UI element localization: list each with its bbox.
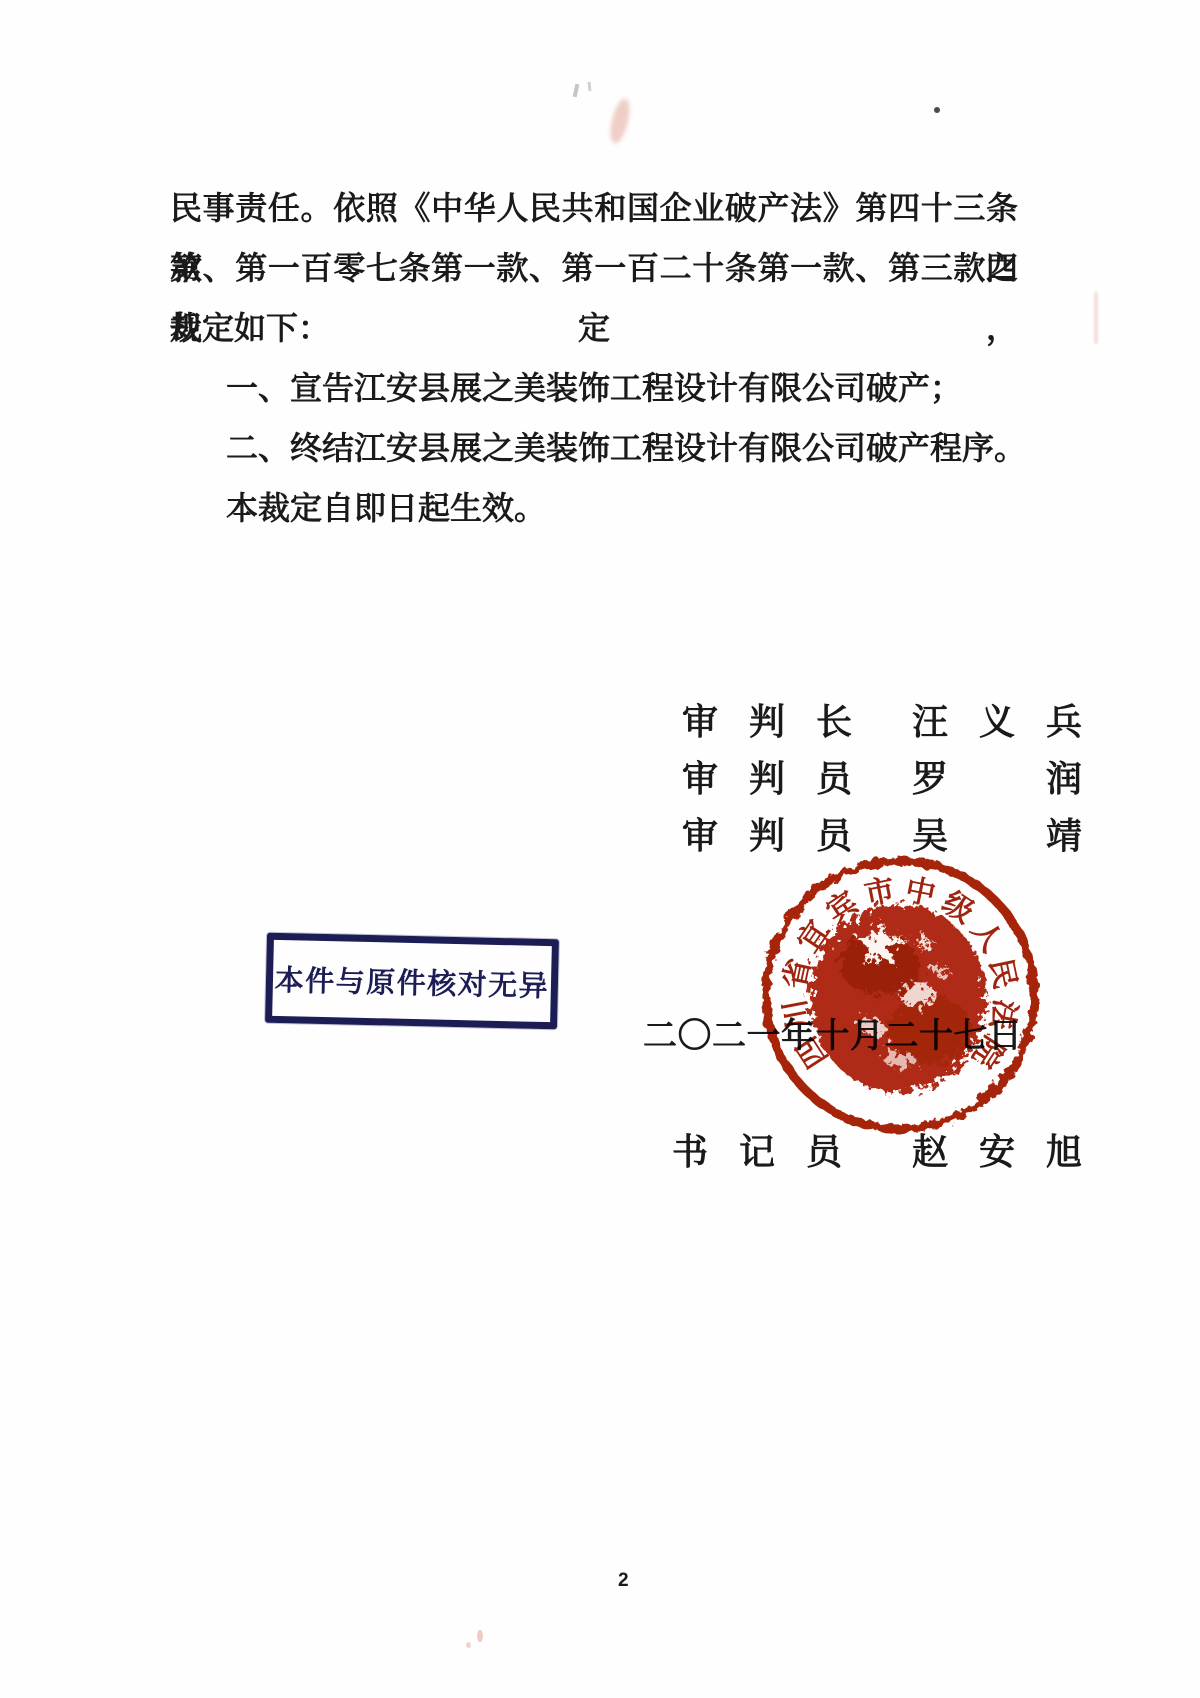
- ruling-item-2: 二、终结江安县展之美装饰工程设计有限公司破产程序。: [170, 418, 1018, 478]
- judge-name: 罗 润: [912, 751, 1113, 802]
- page-number: 2: [618, 1570, 629, 1592]
- scan-speck: [466, 1642, 471, 1648]
- svg-text:中: 中: [902, 873, 938, 911]
- svg-text:市: 市: [862, 873, 898, 911]
- ink-dot: [934, 107, 940, 113]
- ruling-item-1: 一、宣告江安县展之美装饰工程设计有限公司破产；: [170, 358, 1018, 418]
- ruling-body-text: 民事责任。依照《中华人民共和国企业破产法》第四十三条第四 款、第一百零七条第一款…: [170, 178, 1018, 538]
- svg-text:省: 省: [778, 956, 816, 992]
- svg-text:法: 法: [984, 997, 1022, 1034]
- effective-statement: 本裁定自即日起生效。: [170, 478, 1018, 538]
- paragraph-line: 款、第一百零七条第一款、第一百二十条第一款、第三款之规定，: [170, 238, 1018, 298]
- scan-speck: [1094, 292, 1098, 344]
- document-page: 民事责任。依照《中华人民共和国企业破产法》第四十三条第四 款、第一百零七条第一款…: [0, 0, 1200, 1698]
- ink-smudge: [607, 97, 634, 146]
- svg-text:川: 川: [778, 997, 816, 1033]
- judge-role-label: 审判长: [682, 694, 883, 745]
- seal-emblem: [810, 904, 986, 1092]
- scan-speck: [477, 1630, 483, 1642]
- verification-stamp: 本件与原件核对无异: [265, 933, 559, 1030]
- judge-role-label: 审判员: [682, 751, 883, 802]
- judge-name: 汪义兵: [912, 694, 1113, 745]
- scan-speck: [573, 84, 580, 98]
- court-seal: 四川省宜宾市中级人民法院: [750, 845, 1050, 1145]
- paragraph-line: 民事责任。依照《中华人民共和国企业破产法》第四十三条第四: [170, 178, 1018, 238]
- verification-stamp-text: 本件与原件核对无异: [274, 957, 549, 1004]
- scan-speck: [588, 82, 592, 91]
- svg-text:民: 民: [983, 956, 1021, 992]
